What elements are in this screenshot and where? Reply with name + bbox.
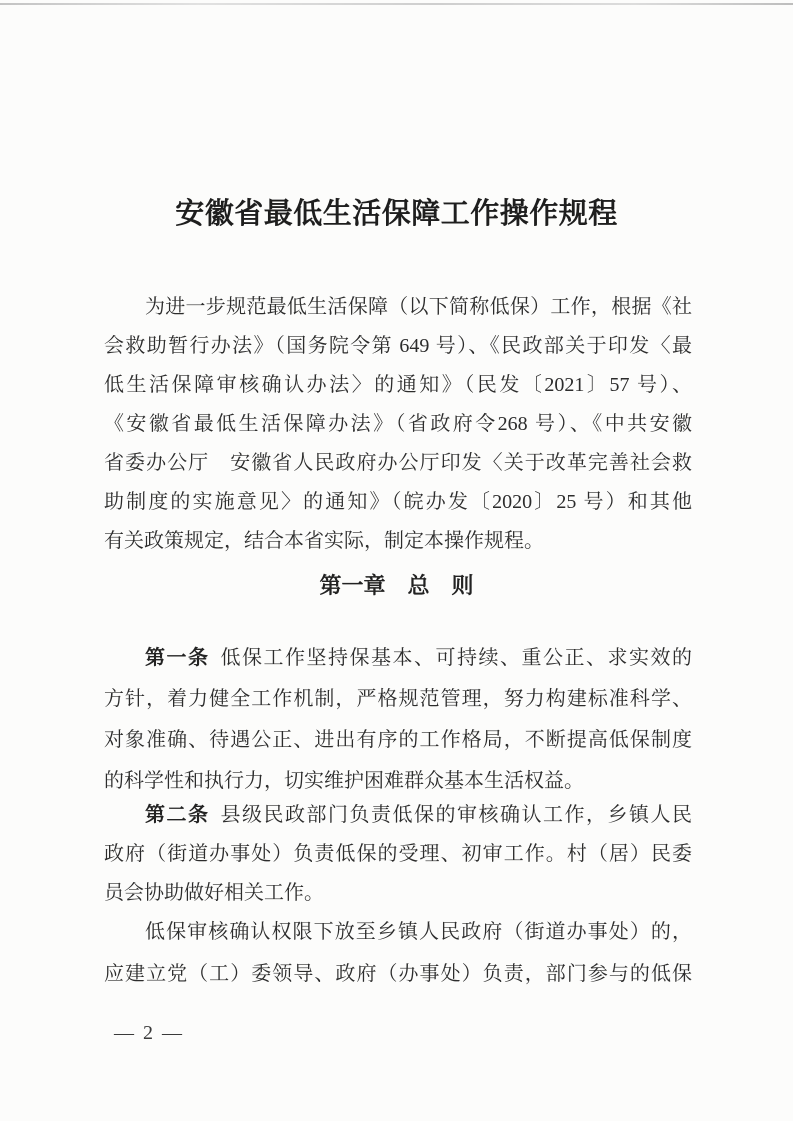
intro-paragraph: 为进一步规范最低生活保障（以下简称低保）工作，根据《社 会救助暂行办法》（国务院… xyxy=(104,288,692,561)
text-line: 政府（街道办事处）负责低保的受理、初审工作。村（居）民委 xyxy=(104,835,692,874)
text-line: 助制度的实施意见〉的通知》（皖办发〔2020〕25 号）和其他 xyxy=(104,483,692,522)
text-line: 方针，着力健全工作机制，严格规范管理，努力构建标准科学、 xyxy=(104,679,692,720)
text-line: 会救助暂行办法》（国务院令第 649 号）、《民政部关于印发〈最 xyxy=(104,327,692,366)
text-line: 对象准确、待遇公正、进出有序的工作格局，不断提高低保制度 xyxy=(104,720,692,761)
delegation-paragraph: 低保审核确认权限下放至乡镇人民政府（街道办事处）的， 应建立党（工）委领导、政府… xyxy=(104,911,692,995)
article-1-text: 低保工作坚持保基本、可持续、重公正、求实效的 xyxy=(221,647,693,669)
page-number: — 2 — xyxy=(114,1020,184,1046)
article-2-label: 第二条 xyxy=(145,804,210,826)
text-line: 为进一步规范最低生活保障（以下简称低保）工作，根据《社 xyxy=(104,288,692,327)
document-page: 安徽省最低生活保障工作操作规程 为进一步规范最低生活保障（以下简称低保）工作，根… xyxy=(0,0,793,1121)
text-line: 第一条低保工作坚持保基本、可持续、重公正、求实效的 xyxy=(104,638,692,679)
scan-edge-artifact xyxy=(0,3,793,5)
document-title: 安徽省最低生活保障工作操作规程 xyxy=(0,191,793,232)
chapter-heading: 第一章 总 则 xyxy=(0,571,793,601)
text-line: 有关政策规定，结合本省实际，制定本操作规程。 xyxy=(104,522,692,561)
article-1-label: 第一条 xyxy=(145,647,210,669)
text-line: 低生活保障审核确认办法〉的通知》（民发〔2021〕57 号）、 xyxy=(104,366,692,405)
text-line: 第二条县级民政部门负责低保的审核确认工作，乡镇人民 xyxy=(104,796,692,835)
text-line: 低保审核确认权限下放至乡镇人民政府（街道办事处）的， xyxy=(104,911,692,953)
text-line: 《安徽省最低生活保障办法》（省政府令268 号）、《中共安徽 xyxy=(104,405,692,444)
text-line: 员会协助做好相关工作。 xyxy=(104,874,692,913)
article-2-paragraph: 第二条县级民政部门负责低保的审核确认工作，乡镇人民 政府（街道办事处）负责低保的… xyxy=(104,796,692,913)
text-line: 应建立党（工）委领导、政府（办事处）负责，部门参与的低保 xyxy=(104,953,692,995)
article-1-paragraph: 第一条低保工作坚持保基本、可持续、重公正、求实效的 方针，着力健全工作机制，严格… xyxy=(104,638,692,802)
article-2-text: 县级民政部门负责低保的审核确认工作，乡镇人民 xyxy=(221,804,693,826)
text-line: 省委办公厅 安徽省人民政府办公厅印发〈关于改革完善社会救 xyxy=(104,444,692,483)
